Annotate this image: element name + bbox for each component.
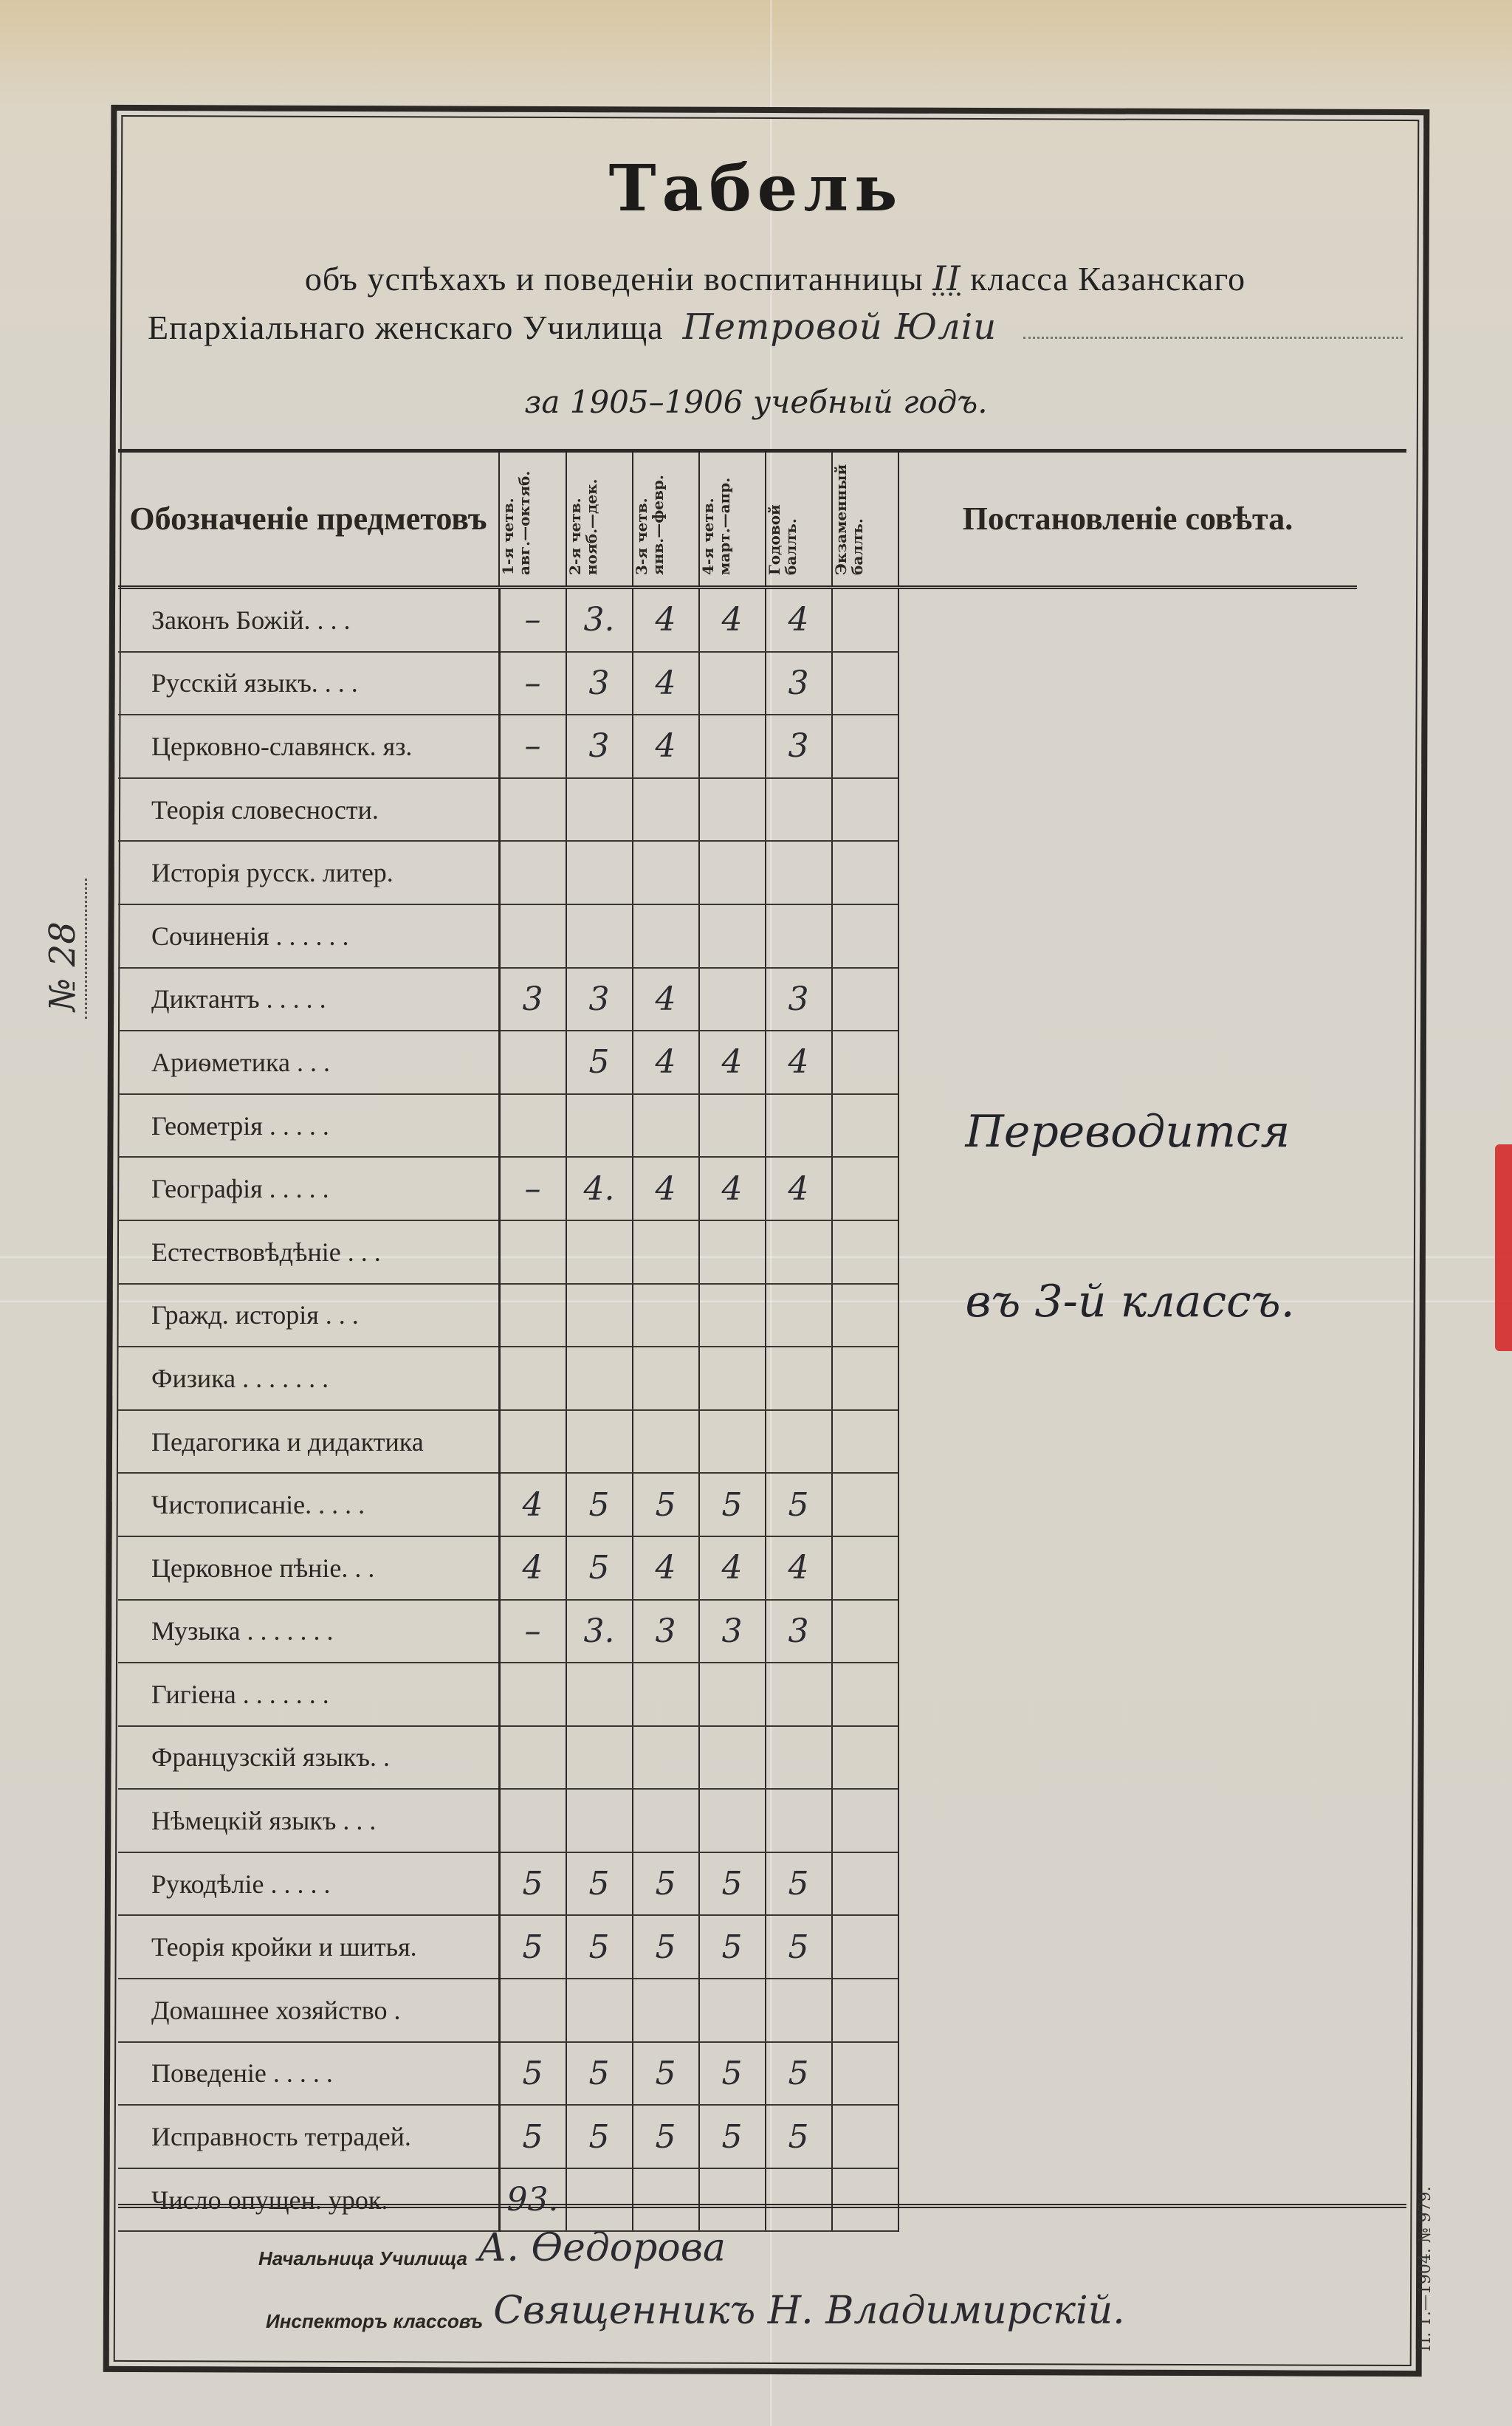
intro-line-2: Епархіальнаго женскаго Училища Петровой … xyxy=(148,306,1403,348)
grade-cell: 5 xyxy=(633,1852,699,1916)
grade-cell: 5 xyxy=(566,1852,633,1916)
grade-cell xyxy=(832,1979,898,2042)
red-seal-stain xyxy=(1495,1144,1512,1351)
grade-cell xyxy=(633,778,699,842)
grade-cell xyxy=(633,1979,699,2042)
grade-cell: 4 xyxy=(633,968,699,1031)
subject-name: Французскій языкъ. . xyxy=(118,1726,499,1790)
grade-cell xyxy=(766,778,832,842)
grade-cell xyxy=(699,1789,766,1852)
grade-cell xyxy=(766,2168,832,2232)
grade-cell xyxy=(566,1789,633,1852)
grade-cell xyxy=(766,1410,832,1474)
grade-cell: 4 xyxy=(633,715,699,778)
grade-cell: 5 xyxy=(766,1852,832,1916)
grade-cell xyxy=(499,904,566,968)
grade-cell: 5 xyxy=(633,1915,699,1979)
grade-cell xyxy=(832,1031,898,1094)
grade-cell: 5 xyxy=(766,2105,832,2168)
grade-cell: 3 xyxy=(566,715,633,778)
printer-mark: П. Т.—1904. № 979. xyxy=(1416,2186,1434,2351)
grade-cell: 4 xyxy=(766,588,832,652)
grade-cell: – xyxy=(499,652,566,715)
grade-cell xyxy=(499,1726,566,1790)
grade-cell xyxy=(699,1347,766,1410)
header-exam-text: Экзаменный баллъ. xyxy=(833,457,865,575)
grade-cell xyxy=(499,1347,566,1410)
subject-name: Церковно-славянск. яз. xyxy=(118,715,499,778)
grade-cell xyxy=(832,1915,898,1979)
grade-cell xyxy=(566,778,633,842)
grade-cell: 5 xyxy=(633,1473,699,1536)
grade-cell: 5 xyxy=(699,1915,766,1979)
grade-cell xyxy=(566,2168,633,2232)
grade-cell xyxy=(699,1284,766,1347)
intro-text: класса Казанскаго xyxy=(970,260,1245,298)
grade-cell xyxy=(832,588,898,652)
grade-cell: 4 xyxy=(699,1031,766,1094)
grade-cell: 5 xyxy=(566,1536,633,1600)
grade-cell: 5 xyxy=(499,2105,566,2168)
grade-cell xyxy=(499,1220,566,1284)
inspector-signature: Священникъ Н. Владимирскій. xyxy=(493,2289,1124,2333)
grade-cell: 5 xyxy=(566,2105,633,2168)
subject-name: Диктантъ . . . . . xyxy=(118,968,499,1031)
grade-cell: 5 xyxy=(699,1473,766,1536)
grade-cell xyxy=(832,1284,898,1347)
header-annual-text: Годовой баллъ. xyxy=(766,457,799,575)
grade-cell xyxy=(832,1410,898,1474)
intro-line-1: объ успѣхахъ и поведеніи воспитанницы II… xyxy=(148,258,1403,298)
grade-cell: – xyxy=(499,588,566,652)
grade-cell xyxy=(566,1663,633,1726)
grade-cell: 5 xyxy=(499,1852,566,1916)
council-decision-cell: Переводитсявъ 3-й классъ. xyxy=(898,588,1357,2232)
grade-cell xyxy=(699,968,766,1031)
subject-name: Нѣмецкій языкъ . . . xyxy=(118,1789,499,1852)
grade-cell: 3 xyxy=(699,1600,766,1663)
grade-cell xyxy=(499,1031,566,1094)
grade-cell xyxy=(633,1726,699,1790)
grade-cell: 3. xyxy=(566,1600,633,1663)
grade-cell xyxy=(566,1347,633,1410)
grade-cell: 5 xyxy=(566,1473,633,1536)
grade-cell: 3. xyxy=(566,588,633,652)
subject-name: Естествовѣдѣніе . . . xyxy=(118,1220,499,1284)
grade-cell xyxy=(832,1789,898,1852)
grade-cell xyxy=(766,1284,832,1347)
subject-name: Гражд. исторія . . . xyxy=(118,1284,499,1347)
grade-cell: 4 xyxy=(699,1157,766,1220)
grade-cell: 3 xyxy=(566,968,633,1031)
class-number-handwritten: II xyxy=(932,258,961,298)
header-quarter-1: 1-я четв. авг.—октяб. xyxy=(499,453,566,588)
grade-cell xyxy=(499,1979,566,2042)
inspector-signature-row: Инспекторъ классовъ Священникъ Н. Владим… xyxy=(266,2289,1125,2333)
grade-cell xyxy=(766,1979,832,2042)
grade-cell: 5 xyxy=(766,1915,832,1979)
grade-cell: 4 xyxy=(499,1536,566,1600)
grade-cell xyxy=(766,904,832,968)
header-decision-text: Постановленіе совѣта. xyxy=(963,501,1293,537)
grade-cell: 3 xyxy=(766,968,832,1031)
grade-cell xyxy=(566,1410,633,1474)
grade-cell xyxy=(766,841,832,904)
grade-cell xyxy=(832,1347,898,1410)
head-label: Начальница Училища xyxy=(258,2247,467,2270)
grade-cell: 4 xyxy=(766,1031,832,1094)
header-subject-text: Обозначеніе предметовъ xyxy=(129,501,487,537)
grade-cell xyxy=(633,1220,699,1284)
grade-cell: 4 xyxy=(699,1536,766,1600)
grade-cell xyxy=(633,1410,699,1474)
grade-cell xyxy=(832,1157,898,1220)
grade-cell xyxy=(766,1789,832,1852)
grade-cell xyxy=(499,1094,566,1158)
subject-name: Поведеніе . . . . . xyxy=(118,2042,499,2106)
header-subject: Обозначеніе предметовъ xyxy=(118,453,499,588)
grade-cell xyxy=(832,1663,898,1726)
grade-cell: 3 xyxy=(633,1600,699,1663)
grade-cell xyxy=(699,1220,766,1284)
inspector-label: Инспекторъ классовъ xyxy=(266,2310,483,2333)
grade-cell xyxy=(633,1284,699,1347)
grade-cell xyxy=(832,841,898,904)
subject-name: Исправность тетрадей. xyxy=(118,2105,499,2168)
grade-cell xyxy=(633,1094,699,1158)
grade-cell: 4 xyxy=(633,588,699,652)
grade-cell: 4 xyxy=(499,1473,566,1536)
grade-cell: 3 xyxy=(766,1600,832,1663)
subject-name: Гигіена . . . . . . . xyxy=(118,1663,499,1726)
grade-cell: 5 xyxy=(566,1915,633,1979)
grade-cell xyxy=(832,2168,898,2232)
subject-name: Ариѳметика . . . xyxy=(118,1031,499,1094)
subject-name: Физика . . . . . . . xyxy=(118,1347,499,1410)
grade-cell xyxy=(566,1726,633,1790)
grade-cell: – xyxy=(499,715,566,778)
grade-cell xyxy=(699,904,766,968)
grade-cell xyxy=(766,1663,832,1726)
grade-cell xyxy=(699,715,766,778)
head-signature: А. Ѳедорова xyxy=(478,2226,726,2270)
grade-cell xyxy=(633,841,699,904)
subject-name: Геометрія . . . . . xyxy=(118,1094,499,1158)
grade-cell xyxy=(499,841,566,904)
school-name: Епархіальнаго женскаго Училища xyxy=(148,308,664,347)
grade-cell xyxy=(566,1220,633,1284)
grade-cell xyxy=(832,652,898,715)
grade-cell xyxy=(499,1663,566,1726)
grade-cell xyxy=(699,841,766,904)
grade-cell: 5 xyxy=(633,2105,699,2168)
decision-line-2: въ 3-й классъ. xyxy=(966,1276,1295,1327)
dotted-fill-line xyxy=(1023,329,1403,339)
grade-cell xyxy=(566,904,633,968)
grade-cell: 5 xyxy=(633,2042,699,2106)
document-title: Табель xyxy=(0,151,1512,226)
grade-cell: 5 xyxy=(566,1031,633,1094)
subject-name: Домашнее хозяйство . xyxy=(118,1979,499,2042)
grade-cell: 4 xyxy=(633,652,699,715)
intro-text: объ успѣхахъ и поведеніи воспитанницы xyxy=(305,260,924,298)
subject-name: Церковное пѣніе. . . xyxy=(118,1536,499,1600)
grade-cell xyxy=(832,1852,898,1916)
subject-name: Теорія словесности. xyxy=(118,778,499,842)
grade-cell xyxy=(832,778,898,842)
grade-cell: 5 xyxy=(566,2042,633,2106)
grade-cell xyxy=(832,1726,898,1790)
grade-cell: 4 xyxy=(766,1536,832,1600)
grade-cell xyxy=(832,1094,898,1158)
grade-cell xyxy=(699,1094,766,1158)
subject-name: Теорія кройки и шитья. xyxy=(118,1915,499,1979)
grade-cell xyxy=(766,1220,832,1284)
grade-cell xyxy=(832,1536,898,1600)
subject-name: Русскій языкъ. . . . xyxy=(118,652,499,715)
grade-cell xyxy=(633,2168,699,2232)
grade-cell xyxy=(566,1284,633,1347)
grade-cell xyxy=(699,652,766,715)
grade-cell xyxy=(832,1473,898,1536)
subject-name: Педагогика и дидактика xyxy=(118,1410,499,1474)
subject-name: Чистописаніе. . . . . xyxy=(118,1473,499,1536)
registry-number-text: № 28 xyxy=(42,921,83,1011)
student-name-handwritten: Петровой Юліи xyxy=(683,306,997,348)
subject-name: Исторія русск. литер. xyxy=(118,841,499,904)
grade-cell: 5 xyxy=(699,1852,766,1916)
grade-cell xyxy=(766,1726,832,1790)
grade-cell: 4 xyxy=(633,1157,699,1220)
grade-cell: 4 xyxy=(766,1157,832,1220)
grade-cell xyxy=(832,2105,898,2168)
header-council-decision: Постановленіе совѣта. xyxy=(898,453,1357,588)
grade-cell: 5 xyxy=(699,2105,766,2168)
grade-cell: 3 xyxy=(766,652,832,715)
grade-cell: 5 xyxy=(499,2042,566,2106)
grade-cell: 3 xyxy=(499,968,566,1031)
grade-cell: 4. xyxy=(566,1157,633,1220)
subject-name: Законъ Божій. . . . xyxy=(118,588,499,652)
grade-cell xyxy=(566,841,633,904)
subject-name: Географія . . . . . xyxy=(118,1157,499,1220)
grade-cell xyxy=(633,904,699,968)
grade-cell: 93. xyxy=(499,2168,566,2232)
grade-cell xyxy=(699,1979,766,2042)
grade-cell xyxy=(633,1347,699,1410)
grades-body: Законъ Божій. . . .–3.444Переводитсявъ 3… xyxy=(118,588,1357,2232)
grade-cell xyxy=(832,1600,898,1663)
grade-cell xyxy=(699,1726,766,1790)
header-quarter-3: 3-я четв. янв.—февр. xyxy=(633,453,699,588)
grade-cell xyxy=(633,1663,699,1726)
grade-cell xyxy=(499,1284,566,1347)
grade-cell: 5 xyxy=(499,1915,566,1979)
grade-cell xyxy=(766,1094,832,1158)
grade-cell: 3 xyxy=(566,652,633,715)
header-quarter-text: 1-я четв. авг.—октяб. xyxy=(500,457,532,575)
subject-name: Музыка . . . . . . . xyxy=(118,1600,499,1663)
subject-name: Число опущен. урок. xyxy=(118,2168,499,2232)
grade-cell: 4 xyxy=(633,1031,699,1094)
grades-table: Обозначеніе предметовъ 1-я четв. авг.—ок… xyxy=(118,449,1406,453)
school-year: за 1905–1906 учебный годъ. xyxy=(0,384,1512,420)
header-quarter-text: 3-я четв. янв.—февр. xyxy=(633,457,666,575)
grade-cell xyxy=(699,1410,766,1474)
grade-cell xyxy=(499,1410,566,1474)
grade-cell: – xyxy=(499,1600,566,1663)
grade-cell xyxy=(766,1347,832,1410)
grade-cell xyxy=(699,1663,766,1726)
registry-number: № 28 xyxy=(41,879,87,1019)
grade-cell xyxy=(832,2042,898,2106)
grade-cell xyxy=(566,1094,633,1158)
grade-cell xyxy=(832,715,898,778)
grade-cell xyxy=(699,778,766,842)
subject-name: Рукодѣліе . . . . . xyxy=(118,1852,499,1916)
header-exam-grade: Экзаменный баллъ. xyxy=(832,453,898,588)
header-quarter-4: 4-я четв. март.—апр. xyxy=(699,453,766,588)
grade-cell xyxy=(832,968,898,1031)
grade-cell xyxy=(699,2168,766,2232)
grade-cell: 4 xyxy=(633,1536,699,1600)
grade-cell: 4 xyxy=(699,588,766,652)
header-annual-grade: Годовой баллъ. xyxy=(766,453,832,588)
grades-grid: Обозначеніе предметовъ 1-я четв. авг.—ок… xyxy=(118,453,1357,2232)
header-quarter-text: 4-я четв. март.—апр. xyxy=(700,457,732,575)
subject-name: Сочиненія . . . . . . xyxy=(118,904,499,968)
grade-cell xyxy=(832,1220,898,1284)
grade-cell xyxy=(633,1789,699,1852)
grade-cell xyxy=(832,904,898,968)
header-quarter-2: 2-я четв. нояб.—дек. xyxy=(566,453,633,588)
head-signature-row: Начальница Училища А. Ѳедорова xyxy=(258,2226,726,2270)
header-quarter-text: 2-я четв. нояб.—дек. xyxy=(567,457,599,575)
table-row: Законъ Божій. . . .–3.444Переводитсявъ 3… xyxy=(118,588,1357,652)
grade-cell: – xyxy=(499,1157,566,1220)
grade-cell: 5 xyxy=(699,2042,766,2106)
grade-cell: 5 xyxy=(766,1473,832,1536)
decision-line-1: Переводится xyxy=(966,1106,1291,1158)
grade-cell xyxy=(499,1789,566,1852)
grade-cell: 3 xyxy=(766,715,832,778)
footer-divider xyxy=(118,2204,1406,2208)
grade-cell: 5 xyxy=(766,2042,832,2106)
grade-cell xyxy=(499,778,566,842)
grade-cell xyxy=(566,1979,633,2042)
